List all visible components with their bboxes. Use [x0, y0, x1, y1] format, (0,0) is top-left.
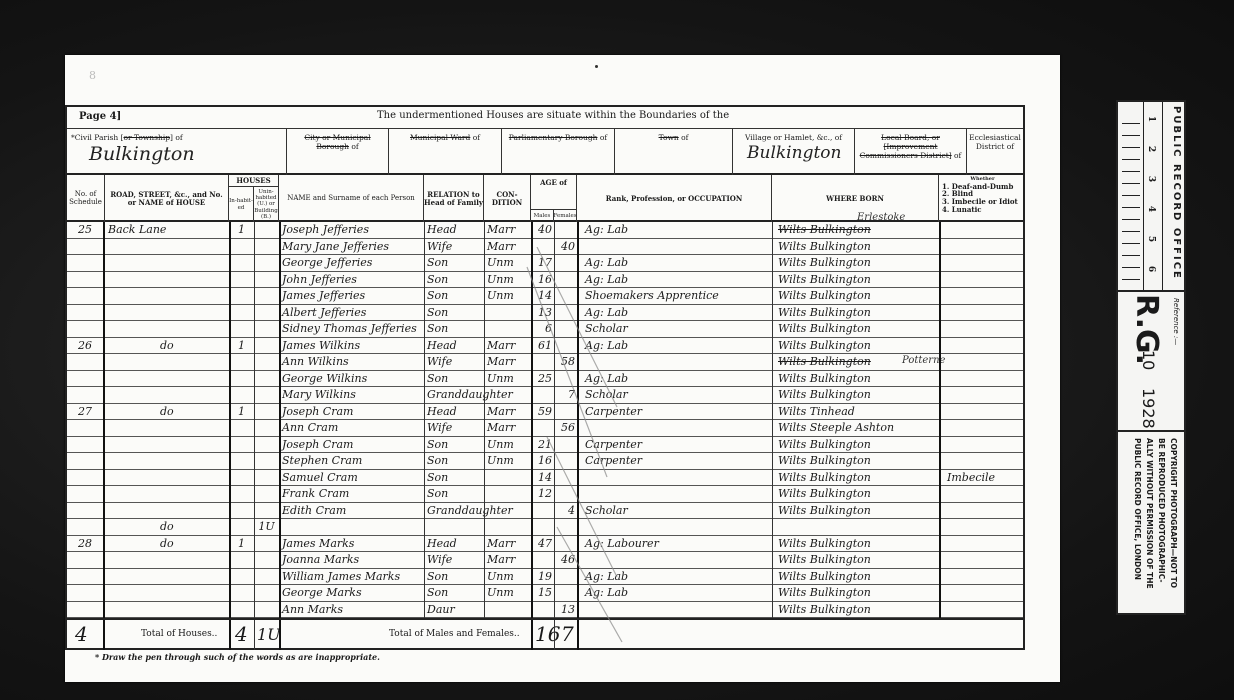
cell-male-age: 47	[531, 536, 554, 553]
cell-name: Mary Jane Jefferies	[279, 239, 424, 256]
cell-relation: Head	[424, 338, 484, 355]
cell-relation: Wife	[424, 420, 484, 437]
table-row: Samuel CramSon14Wilts BulkingtonImbecile	[67, 470, 1023, 487]
table-row: Ann WilkinsWifeMarr58Wilts BulkingtonPot…	[67, 354, 1023, 371]
cell-female-age	[554, 453, 577, 470]
cell-road	[105, 288, 229, 305]
cell-born: Wilts Bulkington	[772, 272, 939, 289]
cell-road	[105, 552, 229, 569]
piece-number: 1928	[1139, 388, 1158, 429]
column-divider	[484, 222, 485, 618]
cell-infirmity	[939, 536, 1023, 553]
cell-name: Ann Cram	[279, 420, 424, 437]
parliamentary-cell: Parliamentary Borough of	[502, 129, 615, 175]
cell-female-age	[554, 288, 577, 305]
cell-inhabited	[229, 486, 254, 503]
cell-name: Ann Wilkins	[279, 354, 424, 371]
cell-relation: Son	[424, 569, 484, 586]
cell-occupation: Scholar	[577, 503, 772, 520]
col-relation: RELATION to Head of Family	[424, 175, 484, 222]
cell-inhabited	[229, 470, 254, 487]
cell-schedule: 26	[67, 338, 103, 355]
cell-born: Wilts Bulkington	[772, 305, 939, 322]
cell-name: Frank Cram	[279, 486, 424, 503]
cell-schedule	[67, 420, 103, 437]
col-uninhabited: Unin-habited (U.) or Building (B.)	[254, 187, 279, 222]
table-row: Joseph CramSonUnm21CarpenterWilts Bulkin…	[67, 437, 1023, 454]
cell-relation: Head	[424, 222, 484, 239]
cell-name: Samuel Cram	[279, 470, 424, 487]
cell-infirmity	[939, 602, 1023, 619]
header-title-strip: Page 4] The undermentioned Houses are si…	[67, 107, 1023, 129]
table-row: Stephen CramSonUnm16CarpenterWilts Bulki…	[67, 453, 1023, 470]
cell-relation: Son	[424, 453, 484, 470]
cell-infirmity	[939, 305, 1023, 322]
cell-relation: Son	[424, 470, 484, 487]
cell-occupation: Scholar	[577, 321, 772, 338]
cell-name: Joanna Marks	[279, 552, 424, 569]
cell-born: Wilts Bulkington	[772, 453, 939, 470]
cell-occupation: Ag: Lab	[577, 338, 772, 355]
cell-born: Wilts Bulkington	[772, 321, 939, 338]
cell-male-age: 6	[531, 321, 554, 338]
cell-relation: Head	[424, 536, 484, 553]
cell-occupation: Shoemakers Apprentice	[577, 288, 772, 305]
cell-name: James Marks	[279, 536, 424, 553]
cell-male-age: 14	[531, 470, 554, 487]
cell-occupation	[577, 486, 772, 503]
col-born: WHERE BORN	[772, 175, 939, 222]
cell-name: George Marks	[279, 585, 424, 602]
cell-uninhabited	[254, 503, 279, 520]
cell-road	[105, 569, 229, 586]
cell-infirmity	[939, 288, 1023, 305]
cell-male-age	[531, 354, 554, 371]
column-divider	[531, 222, 533, 618]
cell-occupation: Ag: Lab	[577, 371, 772, 388]
civil-parish-struck: or Township	[123, 133, 170, 142]
cell-infirmity	[939, 371, 1023, 388]
cell-inhabited	[229, 239, 254, 256]
cell-road	[105, 437, 229, 454]
table-row: 26do1James WilkinsHeadMarr61Ag: LabWilts…	[67, 338, 1023, 355]
cell-occupation: Carpenter	[577, 404, 772, 421]
cell-schedule	[67, 486, 103, 503]
table-row: James JefferiesSonUnm14Shoemakers Appren…	[67, 288, 1023, 305]
cell-male-age	[531, 602, 554, 619]
cell-relation: Son	[424, 371, 484, 388]
cell-inhabited	[229, 272, 254, 289]
cell-condition	[484, 305, 531, 322]
cell-name: John Jefferies	[279, 272, 424, 289]
cell-schedule	[67, 354, 103, 371]
cell-female-age: 56	[554, 420, 577, 437]
cell-uninhabited: 1U	[254, 519, 279, 536]
cell-relation: Son	[424, 305, 484, 322]
table-row: Frank CramSon12Wilts Bulkington	[67, 486, 1023, 503]
cell-relation: Granddaughter	[424, 387, 484, 404]
cell-infirmity	[939, 486, 1023, 503]
table-row: George WilkinsSonUnm25Ag: LabWilts Bulki…	[67, 371, 1023, 388]
divider	[103, 620, 105, 650]
cell-born: Wilts Steeple Ashton	[772, 420, 939, 437]
cell-male-age: 16	[531, 272, 554, 289]
cell-female-age: 40	[554, 239, 577, 256]
cell-male-age: 13	[531, 305, 554, 322]
cell-name: Edith Cram	[279, 503, 424, 520]
cell-female-age	[554, 222, 577, 239]
cell-name: William James Marks	[279, 569, 424, 586]
ruler-number: 5	[1146, 236, 1156, 242]
col-name: NAME and Surname of each Person	[279, 175, 424, 222]
cell-road	[105, 503, 229, 520]
total-females: 7	[561, 622, 574, 646]
cell-uninhabited	[254, 222, 279, 239]
table-row: Mary WilkinsGranddaughter7ScholarWilts B…	[67, 387, 1023, 404]
cell-name: Sidney Thomas Jefferies	[279, 321, 424, 338]
column-divider	[229, 222, 231, 618]
town-suffix: of	[679, 133, 689, 142]
cell-road	[105, 239, 229, 256]
cell-inhabited	[229, 288, 254, 305]
cell-infirmity	[939, 272, 1023, 289]
cell-condition: Unm	[484, 255, 531, 272]
cell-occupation	[577, 470, 772, 487]
ward-suffix: of	[470, 133, 480, 142]
table-row: Edith CramGranddaughter4ScholarWilts Bul…	[67, 503, 1023, 520]
cell-female-age	[554, 437, 577, 454]
cell-female-age	[554, 305, 577, 322]
cell-schedule: 25	[67, 222, 103, 239]
total-houses-label: Total of Houses..	[141, 629, 217, 639]
cell-infirmity	[939, 552, 1023, 569]
cell-occupation: Ag: Lab	[577, 305, 772, 322]
boundaries-row: *Civil Parish [or Township] of Bulkingto…	[67, 129, 1023, 175]
cell-condition	[484, 519, 531, 536]
cell-schedule: 28	[67, 536, 103, 553]
census-rows: 25Back Lane1Joseph JefferiesHeadMarr40Ag…	[67, 222, 1023, 618]
cell-relation: Son	[424, 437, 484, 454]
cell-uninhabited	[254, 371, 279, 388]
cell-schedule	[67, 239, 103, 256]
col-inhabited: In-habit-ed	[229, 187, 254, 222]
cell-road	[105, 272, 229, 289]
civil-parish-suffix: ] of	[170, 133, 183, 142]
cell-male-age: 25	[531, 371, 554, 388]
divider	[554, 620, 555, 650]
cell-female-age	[554, 338, 577, 355]
cell-occupation: Ag: Labourer	[577, 536, 772, 553]
cell-road	[105, 354, 229, 371]
cell-inhabited: 1	[229, 536, 254, 553]
ruler-number: 6	[1146, 266, 1156, 272]
cell-uninhabited	[254, 255, 279, 272]
cell-female-age	[554, 371, 577, 388]
col-condition: CON-DITION	[484, 175, 531, 222]
cell-uninhabited	[254, 387, 279, 404]
divider	[254, 620, 255, 650]
cell-name: Ann Marks	[279, 602, 424, 619]
cell-uninhabited	[254, 305, 279, 322]
cell-name: Joseph Jefferies	[279, 222, 424, 239]
cell-inhabited	[229, 569, 254, 586]
cell-infirmity	[939, 338, 1023, 355]
cell-inhabited	[229, 371, 254, 388]
cell-road	[105, 321, 229, 338]
cell-road: Back Lane	[105, 222, 229, 239]
cell-relation: Son	[424, 288, 484, 305]
cell-female-age: 46	[554, 552, 577, 569]
cell-female-age: 7	[554, 387, 577, 404]
cell-inhabited	[229, 437, 254, 454]
table-row: Sidney Thomas JefferiesSon6ScholarWilts …	[67, 321, 1023, 338]
column-divider	[554, 222, 555, 618]
class-number: 10	[1139, 350, 1158, 370]
boundary-title: The undermentioned Houses are situate wi…	[377, 110, 729, 121]
table-row: George JefferiesSonUnm17Ag: LabWilts Bul…	[67, 255, 1023, 272]
cell-name: James Wilkins	[279, 338, 424, 355]
cell-infirmity	[939, 569, 1023, 586]
cell-male-age: 40	[531, 222, 554, 239]
record-office-title: PUBLIC RECORD OFFICE	[1171, 106, 1182, 280]
census-table: Page 4] The undermentioned Houses are si…	[65, 105, 1025, 650]
copyright-line-1: COPYRIGHT PHOTOGRAPH—NOT TO	[1169, 438, 1178, 588]
table-row: Ann MarksDaur13Wilts Bulkington	[67, 602, 1023, 619]
col-road: ROAD, STREET, &c., and No. or NAME of HO…	[105, 175, 229, 222]
pencil-mark: 8	[89, 69, 96, 82]
cell-schedule	[67, 552, 103, 569]
cell-name: Joseph Cram	[279, 404, 424, 421]
divider	[577, 620, 579, 650]
cell-condition: Unm	[484, 585, 531, 602]
cell-born: Wilts Bulkington	[772, 585, 939, 602]
cell-condition: Marr	[484, 552, 531, 569]
table-row: Mary Jane JefferiesWifeMarr40Wilts Bulki…	[67, 239, 1023, 256]
cell-uninhabited	[254, 272, 279, 289]
cell-uninhabited	[254, 288, 279, 305]
column-divider	[577, 222, 579, 618]
cell-condition: Marr	[484, 536, 531, 553]
col-females: Females	[554, 210, 577, 222]
village-value: Bulkington	[747, 143, 841, 163]
cell-relation: Son	[424, 486, 484, 503]
cell-road	[105, 470, 229, 487]
cell-male-age	[531, 239, 554, 256]
cell-born: Wilts Bulkington	[772, 470, 939, 487]
village-cell: Village or Hamlet, &c., of Bulkington	[733, 129, 855, 175]
town-cell: Town of	[615, 129, 733, 175]
borough-label: City or Municipal Borough	[304, 133, 370, 151]
ruler-number: 4	[1146, 206, 1156, 212]
cell-road	[105, 305, 229, 322]
cell-inhabited	[229, 321, 254, 338]
cell-name: James Jefferies	[279, 288, 424, 305]
cell-condition: Unm	[484, 569, 531, 586]
cell-road	[105, 371, 229, 388]
cell-relation: Granddaughter	[424, 503, 484, 520]
cell-inhabited	[229, 602, 254, 619]
column-divider	[939, 222, 941, 618]
town-label: Town	[659, 133, 679, 142]
cell-infirmity	[939, 585, 1023, 602]
cell-occupation	[577, 420, 772, 437]
cell-born: Wilts Bulkington	[772, 222, 939, 239]
col-occupation: Rank, Profession, or OCCUPATION	[577, 175, 772, 222]
cell-infirmity	[939, 255, 1023, 272]
cell-occupation: Ag: Lab	[577, 569, 772, 586]
totals-row: 4 Total of Houses.. 4 1U Total of Males …	[67, 618, 1023, 648]
cell-occupation: Ag: Lab	[577, 585, 772, 602]
ruler: 123456 PUBLIC RECORD OFFICE	[1118, 102, 1184, 292]
cell-male-age: 17	[531, 255, 554, 272]
table-row: Albert JefferiesSon13Ag: LabWilts Bulkin…	[67, 305, 1023, 322]
parliamentary-label: Parliamentary Borough	[509, 133, 598, 142]
cell-male-age: 15	[531, 585, 554, 602]
cell-relation: Daur	[424, 602, 484, 619]
cell-male-age: 12	[531, 486, 554, 503]
cell-uninhabited	[254, 470, 279, 487]
cell-schedule	[67, 371, 103, 388]
cell-schedule	[67, 321, 103, 338]
cell-occupation	[577, 519, 772, 536]
cell-inhabited: 1	[229, 222, 254, 239]
cell-inhabited	[229, 453, 254, 470]
cell-condition	[484, 470, 531, 487]
cell-uninhabited	[254, 420, 279, 437]
cell-relation: Son	[424, 585, 484, 602]
cell-name: Joseph Cram	[279, 437, 424, 454]
ecclesiastical-cell: Ecclesiastical District of	[967, 129, 1023, 175]
cell-relation: Son	[424, 272, 484, 289]
cell-born: Wilts Bulkington	[772, 602, 939, 619]
table-row: do1U	[67, 519, 1023, 536]
cell-condition: Unm	[484, 288, 531, 305]
table-row: William James MarksSonUnm19Ag: LabWilts …	[67, 569, 1023, 586]
cell-inhabited	[229, 585, 254, 602]
copyright-line-3: ALLY WITHOUT PERMISSION OF THE	[1145, 438, 1154, 589]
cell-inhabited	[229, 387, 254, 404]
cell-born: Wilts Bulkington	[772, 239, 939, 256]
cell-relation: Wife	[424, 552, 484, 569]
parliamentary-suffix: of	[598, 133, 608, 142]
cell-infirmity	[939, 453, 1023, 470]
cell-name: Stephen Cram	[279, 453, 424, 470]
cell-occupation: Ag: Lab	[577, 222, 772, 239]
cell-uninhabited	[254, 354, 279, 371]
birthplace-correction: Erlestoke	[857, 212, 905, 223]
cell-male-age: 14	[531, 288, 554, 305]
cell-occupation: Scholar	[577, 387, 772, 404]
column-divider	[279, 222, 281, 618]
cell-relation: Head	[424, 404, 484, 421]
copyright-notice: COPYRIGHT PHOTOGRAPH—NOT TO BE REPRODUCE…	[1118, 430, 1184, 613]
table-row: Ann CramWifeMarr56Wilts Steeple Ashton	[67, 420, 1023, 437]
borough-cell: City or Municipal Borough of	[287, 129, 389, 175]
infirmity-option-4: 4. Lunatic	[942, 206, 982, 214]
cell-inhabited	[229, 354, 254, 371]
total-uninhabited: 1U	[257, 625, 281, 644]
cell-condition: Marr	[484, 222, 531, 239]
cell-uninhabited	[254, 453, 279, 470]
footnote: * Draw the pen through such of the words…	[95, 652, 380, 662]
ruler-number: 1	[1146, 116, 1156, 122]
page-number: Page 4]	[79, 111, 121, 122]
cell-condition	[484, 486, 531, 503]
cell-female-age	[554, 569, 577, 586]
table-row: 28do1James MarksHeadMarr47Ag: LabourerWi…	[67, 536, 1023, 553]
cell-name: Mary Wilkins	[279, 387, 424, 404]
divider	[279, 620, 281, 650]
ecclesiastical-label: Ecclesiastical District of	[969, 133, 1021, 151]
cell-born: Wilts Bulkington	[772, 288, 939, 305]
cell-occupation: Ag: Lab	[577, 255, 772, 272]
cell-schedule	[67, 602, 103, 619]
local-board-label: Local Board, or [Improvement Commissione…	[860, 133, 952, 160]
cell-schedule	[67, 503, 103, 520]
cell-infirmity	[939, 387, 1023, 404]
total-inhabited: 4	[235, 622, 248, 646]
cell-schedule	[67, 470, 103, 487]
col-schedule: No. of Schedule	[67, 175, 105, 222]
cell-road	[105, 420, 229, 437]
cell-male-age	[531, 420, 554, 437]
cell-schedule	[67, 569, 103, 586]
census-page: 8 Page 4] The undermentioned Houses are …	[65, 55, 1060, 682]
cell-condition: Unm	[484, 272, 531, 289]
ruler-ticks	[1122, 112, 1140, 287]
cell-uninhabited	[254, 602, 279, 619]
punch-dot	[595, 65, 598, 68]
ward-label: Municipal Ward	[410, 133, 470, 142]
cell-schedule	[67, 519, 103, 536]
cell-infirmity	[939, 437, 1023, 454]
cell-male-age	[531, 519, 554, 536]
table-row: John JefferiesSonUnm16Ag: LabWilts Bulki…	[67, 272, 1023, 289]
cell-male-age: 59	[531, 404, 554, 421]
cell-condition	[484, 503, 531, 520]
local-board-suffix: of	[952, 151, 962, 160]
cell-female-age	[554, 404, 577, 421]
cell-infirmity: Imbecile	[939, 470, 1023, 487]
col-infirmity: Whether 1. Deaf-and-Dumb 2. Blind 3. Imb…	[939, 175, 1023, 222]
cell-uninhabited	[254, 239, 279, 256]
copyright-line-4: PUBLIC RECORD OFFICE, LONDON	[1133, 438, 1142, 580]
divider	[531, 620, 533, 650]
cell-road	[105, 387, 229, 404]
cell-male-age	[531, 552, 554, 569]
cell-name	[279, 519, 424, 536]
cell-inhabited	[229, 519, 254, 536]
column-divider	[424, 222, 425, 618]
cell-schedule	[67, 453, 103, 470]
cell-born	[772, 519, 939, 536]
cell-born: Wilts Bulkington	[772, 569, 939, 586]
cell-infirmity	[939, 321, 1023, 338]
cell-uninhabited	[254, 552, 279, 569]
cell-condition: Unm	[484, 371, 531, 388]
cell-relation: Son	[424, 255, 484, 272]
cell-infirmity	[939, 519, 1023, 536]
column-divider	[254, 222, 255, 618]
ruler-number: 3	[1146, 176, 1156, 182]
ruler-numbers: 123456	[1143, 102, 1163, 292]
cell-born: Wilts Bulkington	[772, 503, 939, 520]
cell-male-age: 21	[531, 437, 554, 454]
cell-uninhabited	[254, 486, 279, 503]
cell-road	[105, 453, 229, 470]
civil-parish-value: Bulkington	[89, 143, 195, 165]
cell-male-age: 19	[531, 569, 554, 586]
